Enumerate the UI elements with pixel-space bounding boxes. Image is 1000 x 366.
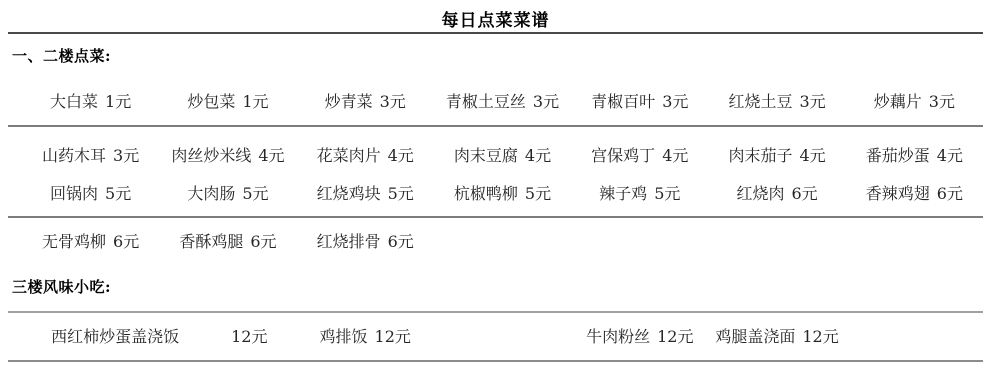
menu-item: 炒包菜1元 xyxy=(159,93,296,110)
dish-price: 3元 xyxy=(662,92,688,111)
menu-item: 青椒百叶3元 xyxy=(571,93,708,110)
dish-price: 6元 xyxy=(250,232,276,251)
menu-row-5: 西红柿炒蛋盖浇饭12元 鸡排饭12元 牛肉粉丝12元 鸡腿盖浇面12元 xyxy=(8,313,983,345)
menu-row-2: 山药木耳3元 肉丝炒米线4元 花菜肉片4元 肉末豆腐4元 宫保鸡丁4元 肉末茄子… xyxy=(8,127,983,164)
dish-price: 4元 xyxy=(662,146,688,165)
dish-name: 香酥鸡腿 xyxy=(179,232,243,251)
dish-price: 3元 xyxy=(113,146,139,165)
empty-cell xyxy=(846,328,983,345)
menu-item: 香酥鸡腿6元 xyxy=(159,233,296,250)
dish-name: 肉末茄子 xyxy=(728,146,792,165)
menu-item: 山药木耳3元 xyxy=(22,147,159,164)
dish-price: 4元 xyxy=(388,146,414,165)
dish-price: 3元 xyxy=(380,92,406,111)
dish-name: 番茄炒蛋 xyxy=(866,146,930,165)
dish-name: 杭椒鸭柳 xyxy=(454,184,518,203)
menu-item: 红烧鸡块5元 xyxy=(297,185,434,202)
empty-cell xyxy=(434,233,571,250)
menu-item: 大白菜1元 xyxy=(22,93,159,110)
menu-item: 红烧土豆3元 xyxy=(708,93,845,110)
dish-name: 青椒百叶 xyxy=(591,92,655,111)
menu-row-3: 回锅肉5元 大肉肠5元 红烧鸡块5元 杭椒鸭柳5元 辣子鸡5元 红烧肉6元 香辣… xyxy=(8,164,983,218)
menu-item: 红烧排骨6元 xyxy=(297,233,434,250)
menu-item: 炒藕片3元 xyxy=(846,93,983,110)
dish-price: 12元 xyxy=(657,327,693,346)
dish-name: 无骨鸡柳 xyxy=(42,232,106,251)
menu-item: 杭椒鸭柳5元 xyxy=(434,185,571,202)
dish-price: 5元 xyxy=(388,184,414,203)
menu-body: 每日点菜菜谱 一、二楼点菜: 大白菜1元 炒包菜1元 炒青菜3元 青椒土豆丝3元… xyxy=(8,0,983,362)
dish-name: 红烧土豆 xyxy=(728,92,792,111)
dish-price: 12元 xyxy=(375,327,411,346)
dish-name: 红烧肉 xyxy=(736,184,784,203)
menu-item: 香辣鸡翅6元 xyxy=(846,185,983,202)
dish-price: 6元 xyxy=(388,232,414,251)
section-heading-floor2: 一、二楼点菜: xyxy=(12,48,983,65)
menu-item: 宫保鸡丁4元 xyxy=(571,147,708,164)
menu-item: 鸡腿盖浇面12元 xyxy=(708,328,845,345)
menu-row-4: 无骨鸡柳6元 香酥鸡腿6元 红烧排骨6元 xyxy=(8,218,983,250)
menu-item: 番茄炒蛋4元 xyxy=(846,147,983,164)
menu-item: 肉末豆腐4元 xyxy=(434,147,571,164)
section-heading-floor3: 三楼风味小吃: xyxy=(12,279,983,296)
dish-name: 大肉肠 xyxy=(187,184,235,203)
dish-name: 宫保鸡丁 xyxy=(591,146,655,165)
menu-item: 无骨鸡柳6元 xyxy=(22,233,159,250)
dish-price: 6元 xyxy=(791,184,817,203)
bottom-divider xyxy=(8,360,983,362)
floor2-menu-table: 大白菜1元 炒包菜1元 炒青菜3元 青椒土豆丝3元 青椒百叶3元 红烧土豆3元 … xyxy=(8,65,983,250)
dish-name: 青椒土豆丝 xyxy=(446,92,526,111)
dish-price: 5元 xyxy=(105,184,131,203)
dish-name: 香辣鸡翅 xyxy=(866,184,930,203)
menu-item: 回锅肉5元 xyxy=(22,185,159,202)
daily-menu-document: 每日点菜菜谱 一、二楼点菜: 大白菜1元 炒包菜1元 炒青菜3元 青椒土豆丝3元… xyxy=(0,0,1000,366)
dish-name: 炒藕片 xyxy=(874,92,922,111)
dish-price: 3元 xyxy=(929,92,955,111)
empty-cell xyxy=(846,233,983,250)
dish-price: 6元 xyxy=(937,184,963,203)
dish-price: 12元 xyxy=(802,327,838,346)
menu-item: 肉末茄子4元 xyxy=(708,147,845,164)
dish-name: 肉丝炒米线 xyxy=(171,146,251,165)
menu-row-1: 大白菜1元 炒包菜1元 炒青菜3元 青椒土豆丝3元 青椒百叶3元 红烧土豆3元 … xyxy=(8,65,983,127)
menu-item: 青椒土豆丝3元 xyxy=(434,93,571,110)
dish-name: 西红柿炒蛋盖浇饭 xyxy=(51,327,179,346)
dish-price: 3元 xyxy=(799,92,825,111)
dish-name: 炒青菜 xyxy=(325,92,373,111)
dish-price: 4元 xyxy=(258,146,284,165)
dish-price: 1元 xyxy=(242,92,268,111)
dish-price: 3元 xyxy=(533,92,559,111)
dish-name: 鸡腿盖浇面 xyxy=(715,327,795,346)
menu-item: 红烧肉6元 xyxy=(708,185,845,202)
dish-price: 5元 xyxy=(525,184,551,203)
dish-price: 6元 xyxy=(113,232,139,251)
empty-cell xyxy=(571,233,708,250)
dish-name: 红烧排骨 xyxy=(317,232,381,251)
dish-name: 回锅肉 xyxy=(50,184,98,203)
menu-item: 大肉肠5元 xyxy=(159,185,296,202)
menu-item: 鸡排饭12元 xyxy=(297,328,434,345)
empty-cell xyxy=(434,328,571,345)
dish-name: 山药木耳 xyxy=(42,146,106,165)
dish-price: 12元 xyxy=(231,327,267,346)
dish-name: 肉末豆腐 xyxy=(454,146,518,165)
dish-price: 5元 xyxy=(654,184,680,203)
title-divider xyxy=(8,32,983,34)
dish-name: 牛肉粉丝 xyxy=(586,327,650,346)
dish-name: 炒包菜 xyxy=(187,92,235,111)
menu-item: 牛肉粉丝12元 xyxy=(571,328,708,345)
dish-name: 鸡排饭 xyxy=(320,327,368,346)
menu-item: 炒青菜3元 xyxy=(297,93,434,110)
dish-name: 红烧鸡块 xyxy=(317,184,381,203)
menu-item: 肉丝炒米线4元 xyxy=(159,147,296,164)
menu-item: 辣子鸡5元 xyxy=(571,185,708,202)
dish-price: 4元 xyxy=(937,146,963,165)
dish-price: 4元 xyxy=(525,146,551,165)
page-title: 每日点菜菜谱 xyxy=(8,10,983,32)
dish-name: 大白菜 xyxy=(50,92,98,111)
dish-price: 4元 xyxy=(799,146,825,165)
menu-item: 西红柿炒蛋盖浇饭12元 xyxy=(22,328,297,345)
dish-price: 5元 xyxy=(242,184,268,203)
dish-price: 1元 xyxy=(105,92,131,111)
dish-name: 辣子鸡 xyxy=(599,184,647,203)
empty-cell xyxy=(708,233,845,250)
menu-item: 花菜肉片4元 xyxy=(297,147,434,164)
dish-name: 花菜肉片 xyxy=(317,146,381,165)
